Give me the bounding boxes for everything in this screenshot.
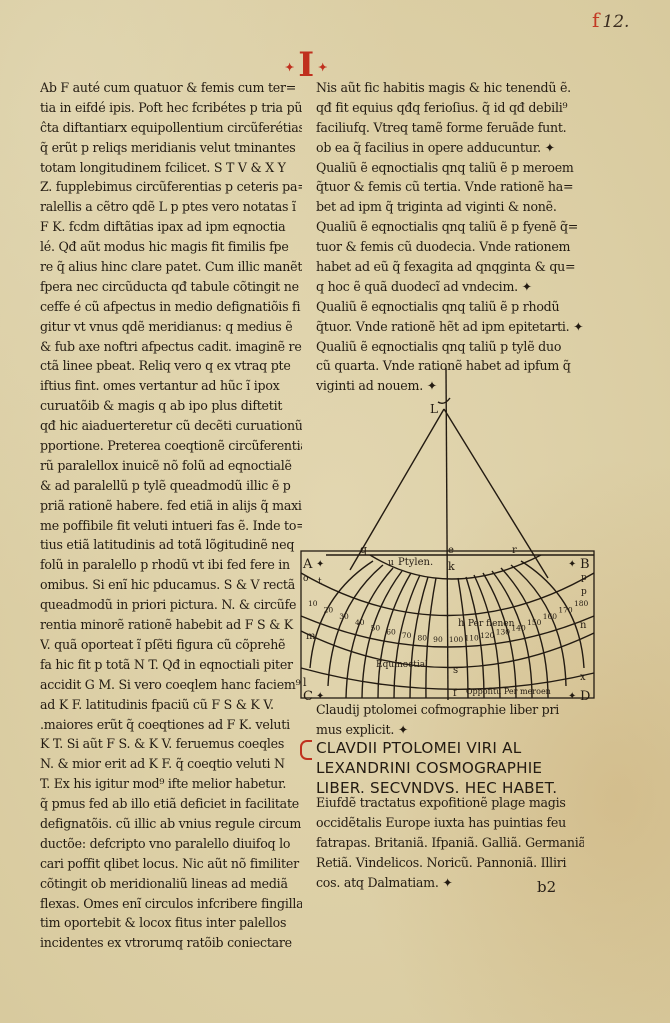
text-line: qđ hic aiaduerteretur cũ decẽti curuatio…: [40, 416, 302, 436]
text-line: gitur vt vnus qdẽ meridianus: q medius ẽ: [40, 317, 302, 337]
longitude-number: 150: [527, 618, 542, 627]
svg-text:D: D: [580, 689, 590, 700]
svg-text:✦: ✦: [316, 559, 324, 570]
text-line: fa hic fit p totã N T. Qđ in eqnoctiali …: [40, 655, 302, 675]
longitude-number: 80: [418, 634, 428, 643]
text-line: ceffe é cũ afpectus in medio defignatiõi…: [40, 297, 302, 317]
left-text-column: Ab F auté cum quatuor & femis cum ter=ti…: [40, 78, 302, 953]
svg-text:r: r: [512, 545, 517, 556]
text-line: q̃ erũt p reliqs meridianis velut tminan…: [40, 138, 302, 158]
text-line: habet ad eũ q̃ fexagita ad qnqginta & qu…: [316, 257, 584, 277]
text-line: ĉta diftantiarx equipollentium circũferé…: [40, 118, 302, 138]
svg-text:x: x: [580, 672, 586, 683]
text-line: q̃tuor & femis cũ tertia. Vnde rationẽ h…: [316, 177, 584, 197]
text-line: curuatõib & magis q ab ipo plus diftetit: [40, 396, 302, 416]
text-line: iftius fint. omes vertantur ad hũc ĩ ipo…: [40, 376, 302, 396]
text-line: cari poffit qlibet locus. Nic aũt nõ fim…: [40, 854, 302, 874]
longitude-number: 10: [308, 599, 318, 608]
closing-line: fatrapas. Britaniã. Ifpaniã. Galliã. Ger…: [316, 833, 584, 853]
text-line: & fub axe noftri afpectus cadit. imaginẽ…: [40, 337, 302, 357]
manuscript-page: f12. ✦I✦ Ab F auté cum quatuor & femis c…: [0, 0, 670, 1023]
longitude-number: 140: [511, 623, 526, 632]
map-projection-figure: L q e r k u Ptylen. A ✦ ✦ B o t p p m n …: [298, 368, 596, 700]
longitude-number: 90: [433, 635, 443, 644]
text-line: incidentes ex vtrorumq ratõib coniectare: [40, 933, 302, 953]
folio-number: f12.: [592, 8, 629, 32]
text-line: N. & mior erit ad K F. q̃ coeqtio veluti…: [40, 754, 302, 774]
explicit-line: Claudij ptolomei cofmographie liber pri: [316, 700, 584, 720]
text-line: rentia minorẽ rationẽ habebit ad F S & K: [40, 615, 302, 635]
explicit-line: mus explicit. ✦: [316, 720, 584, 740]
longitude-number: 110: [464, 634, 479, 643]
svg-text:p: p: [581, 573, 587, 583]
text-line: Ab F auté cum quatuor & femis cum ter=: [40, 78, 302, 98]
text-line: q̃tuor. Vnde rationẽ hẽt ad ipm epitetar…: [316, 317, 584, 337]
text-line: lé. Qđ aũt modus hic magis fit fimilis f…: [40, 237, 302, 257]
text-line: omibus. Si enĩ hic pducamus. S & V rectã: [40, 575, 302, 595]
svg-text:l: l: [303, 676, 307, 689]
longitude-number: 180: [574, 599, 589, 608]
longitude-number: 160: [543, 612, 558, 621]
text-line: bet ad ipm q̃ triginta ad viginti & nonẽ…: [316, 197, 584, 217]
text-line: K T. Si aũt F S. & K V. feruemus coeqles: [40, 734, 302, 754]
svg-text:B: B: [580, 557, 590, 572]
text-line: flexas. Omes enĩ circulos infcribere fin…: [40, 894, 302, 914]
heading-line: CLAVDII PTOLOMEI VIRI AL: [316, 738, 557, 758]
longitude-number: 20: [324, 606, 334, 615]
closing-line: Eiufdẽ tractatus expofitionẽ plage magis: [316, 793, 584, 813]
svg-text:k: k: [448, 560, 455, 573]
text-line: Qualiũ ẽ eqnoctialis qnq taliũ ẽ p meroe…: [316, 158, 584, 178]
diagram-label-L: L: [430, 402, 438, 416]
text-line: ralellis a cẽtro qdẽ L p ptes vero notat…: [40, 197, 302, 217]
text-line: cõtingit ob meridionaliũ lineas ad mediã: [40, 874, 302, 894]
svg-text:t: t: [318, 577, 322, 587]
longitude-number: 40: [355, 618, 365, 627]
text-line: ductõe: defcripto vno paralello diuifoq …: [40, 834, 302, 854]
text-line: ctã linee pbeat. Reliq vero q ex vtraq p…: [40, 356, 302, 376]
text-line: faciliufq. Vtreq tamẽ forme feruãde funt…: [316, 118, 584, 138]
longitude-number: 30: [339, 612, 349, 621]
text-line: q hoc ẽ quã duodecĩ ad vndecim. ✦: [316, 277, 584, 297]
text-line: Z. fupplebimus circũferentias p ceteris …: [40, 177, 302, 197]
projection-diagram: L q e r k u Ptylen. A ✦ ✦ B o t p p m n …: [298, 368, 596, 700]
text-line: F K. fcdm diftãtias ipax ad ipm eqnoctia: [40, 217, 302, 237]
svg-text:h: h: [458, 618, 465, 629]
svg-text:Oppofitũ Per meroen: Oppofitũ Per meroen: [466, 687, 551, 696]
text-line: defignatõis. cũ illic ab vnius regule ci…: [40, 814, 302, 834]
text-line: Qualiũ ẽ eqnoctialis qnq taliũ ẽ p fyenẽ…: [316, 217, 584, 237]
signature-mark: b2: [537, 878, 556, 896]
text-line: rũ paralellox inuicẽ nõ folũ ad eqnoctia…: [40, 456, 302, 476]
explicit-block: Claudij ptolomei cofmographie liber prim…: [316, 700, 584, 740]
closing-line: occidẽtalis Europe iuxta has puintias fe…: [316, 813, 584, 833]
text-line: .maiores erũt q̃ coeqtiones ad F K. velu…: [40, 715, 302, 735]
text-line: folũ in paralello p rhodũ vt ibi fed fer…: [40, 555, 302, 575]
text-line: totam longitudinem fcilicet. S T V & X Y: [40, 158, 302, 178]
svg-text:✦: ✦: [316, 691, 324, 700]
text-line: ob ea q̃ facilius in opere adducuntur. ✦: [316, 138, 584, 158]
svg-text:m: m: [306, 631, 316, 642]
text-line: priã rationẽ habere. fed etiã in alijs q…: [40, 496, 302, 516]
svg-text:o: o: [303, 574, 308, 584]
svg-text:e: e: [448, 545, 454, 556]
star-ornament-icon: ✦: [318, 61, 327, 74]
text-line: ad K F. latitudinis fpaciũ cũ F S & K V.: [40, 695, 302, 715]
text-line: Qualiũ ẽ eqnoctialis qnq taliũ ẽ p rhodũ: [316, 297, 584, 317]
svg-text:✦: ✦: [568, 559, 576, 570]
book-heading: CLAVDII PTOLOMEI VIRI ALLEXANDRINI COSMO…: [316, 738, 557, 798]
text-line: accidit G M. Si vero coeqlem hanc faciem…: [40, 675, 302, 695]
svg-text:✦: ✦: [568, 691, 576, 700]
svg-text:s: s: [453, 665, 458, 676]
svg-text:C: C: [303, 689, 313, 700]
svg-text:A: A: [302, 557, 313, 572]
text-line: fpera nec circũducta qđ tabule cõtingit …: [40, 277, 302, 297]
folio-value: 12.: [602, 12, 629, 32]
longitude-number: 170: [558, 606, 573, 615]
text-line: tia in eifdé ipis. Poft hec fcribétes p …: [40, 98, 302, 118]
text-line: tius etiã latitudinis ad totã lõgitudinẽ…: [40, 535, 302, 555]
folio-mark: f: [592, 8, 599, 32]
longitude-number: 120: [480, 631, 495, 640]
text-line: me poffibile fit veluti intueri fas ẽ. I…: [40, 516, 302, 536]
star-ornament-icon: ✦: [285, 61, 294, 74]
text-line: tuor & femis cũ duodecia. Vnde rationem: [316, 237, 584, 257]
longitude-number: 50: [371, 623, 381, 632]
svg-text:q: q: [360, 543, 367, 556]
text-line: Qualiũ ẽ eqnoctialis qnq taliũ p tylẽ du…: [316, 337, 584, 357]
longitude-number: 100: [449, 635, 464, 644]
longitude-number: 130: [496, 628, 511, 637]
svg-text:Ptylen.: Ptylen.: [398, 557, 433, 568]
closing-line: Retiã. Vindelicos. Noricũ. Pannoniã. Ill…: [316, 853, 584, 873]
text-line: Nis aũt fic habitis magis & hic tenendũ …: [316, 78, 584, 98]
text-line: T. Ex his igitur mod⁹ ifte melior habetu…: [40, 774, 302, 794]
text-line: V. quã oporteat ĩ pſẽti figura cũ cõpreh…: [40, 635, 302, 655]
text-line: q̃ pmus fed ab illo etiã deficiet in fac…: [40, 794, 302, 814]
svg-text:u: u: [388, 558, 394, 568]
right-text-column: Nis aũt fic habitis magis & hic tenendũ …: [316, 78, 584, 396]
heading-line: LEXANDRINI COSMOGRAPHIE: [316, 758, 557, 778]
text-line: tim oportebit & locox fitus inter palell…: [40, 913, 302, 933]
text-line: & ad paralellũ p tylẽ queadmodũ illic ẽ …: [40, 476, 302, 496]
text-line: re q̃ alius hinc clare patet. Cum illic …: [40, 257, 302, 277]
text-line: pportione. Preterea coeqtionẽ circũferen…: [40, 436, 302, 456]
longitude-number: 70: [402, 631, 412, 640]
svg-text:p: p: [581, 587, 587, 597]
svg-text:n: n: [580, 620, 587, 631]
longitude-number: 60: [386, 628, 396, 637]
text-line: queadmodũ in priori pictura. N. & circũf…: [40, 595, 302, 615]
text-line: qđ fit equius qđq ferioſius. q̃ id qđ de…: [316, 98, 584, 118]
svg-text:Equinoctial: Equinoctial: [376, 660, 428, 670]
